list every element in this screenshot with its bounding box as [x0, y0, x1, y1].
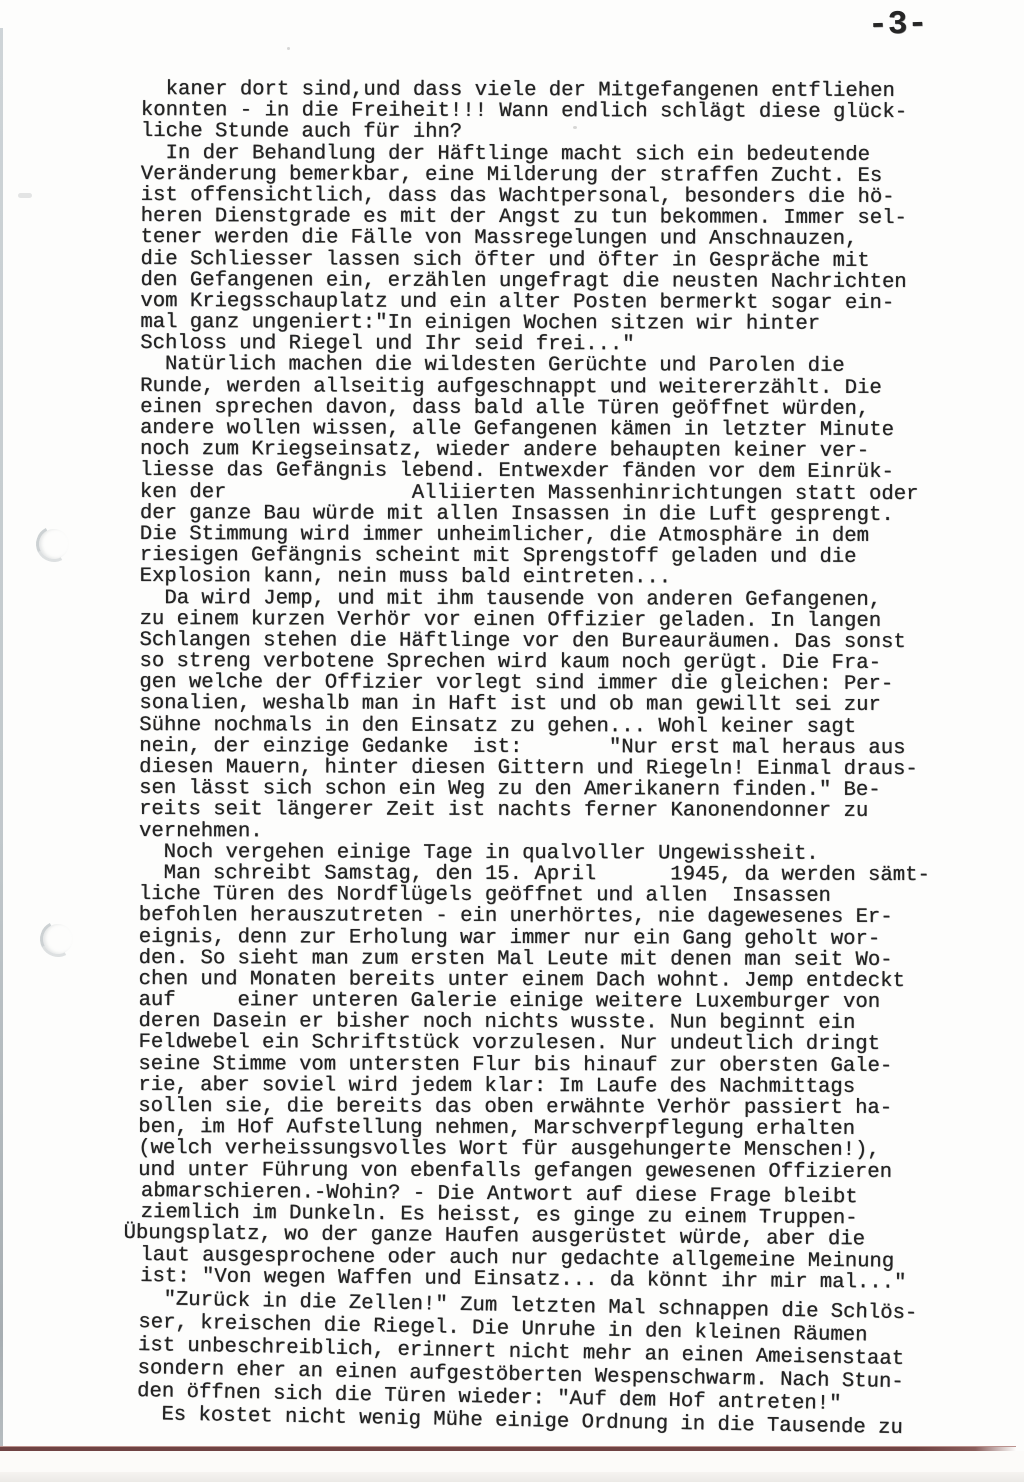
punch-hole-shadow-upper	[31, 521, 76, 566]
text-line: die Schliesser lassen sich öfter und öft…	[141, 248, 932, 271]
text-line: befohlen herauszutreten - ein unerhörtes…	[139, 905, 930, 928]
text-line: sonalien, weshalb man in Haft ist und ob…	[139, 693, 930, 716]
text-line: (welch verheissungsvolles Wort für ausge…	[138, 1138, 929, 1161]
text-line: tener werden die Fälle von Massregelunge…	[141, 227, 932, 250]
text-line: eignis, denn zur Erholung war immer nur …	[139, 926, 930, 949]
bottom-edge-band	[0, 1472, 1024, 1482]
typewritten-text-main: kaner dort sind,und dass viele der Mitge…	[138, 79, 932, 1183]
text-line: Explosion kann, nein muss bald eintreten…	[140, 566, 931, 589]
text-line: Da wird Jemp, und mit ihm tausende von a…	[140, 587, 931, 610]
text-line: Natürlich machen die wildesten Gerüchte …	[140, 354, 931, 377]
text-line: liesse das Gefängnis lebend. Entwexder f…	[140, 460, 931, 483]
text-line: Feldwebel ein Schriftstück vorzulesen. N…	[138, 1032, 929, 1055]
scan-speck	[573, 126, 577, 129]
below-rule-band	[0, 1451, 1024, 1472]
text-line: liche Stunde auch für ihn?	[141, 121, 932, 144]
typewritten-text-bottom: "Zurück in die Zellen!" Zum letzten Mal …	[136, 1289, 917, 1441]
scan-speck	[287, 47, 290, 50]
scanned-document-page: -3- kaner dort sind,und dass viele der M…	[0, 0, 1024, 1482]
text-line: und unter Führung von ebenfalls gefangen…	[138, 1160, 929, 1183]
punch-hole-shadow-lower	[35, 916, 80, 961]
scan-speck	[18, 193, 32, 198]
typewritten-text-lower: abmarschieren.-Wohin? - Die Antwort auf …	[140, 1181, 907, 1294]
text-line: reits seit längerer Zeit ist nachts fern…	[139, 799, 930, 822]
page-number: -3-	[868, 7, 928, 43]
scan-edge-strip	[0, 28, 3, 1482]
